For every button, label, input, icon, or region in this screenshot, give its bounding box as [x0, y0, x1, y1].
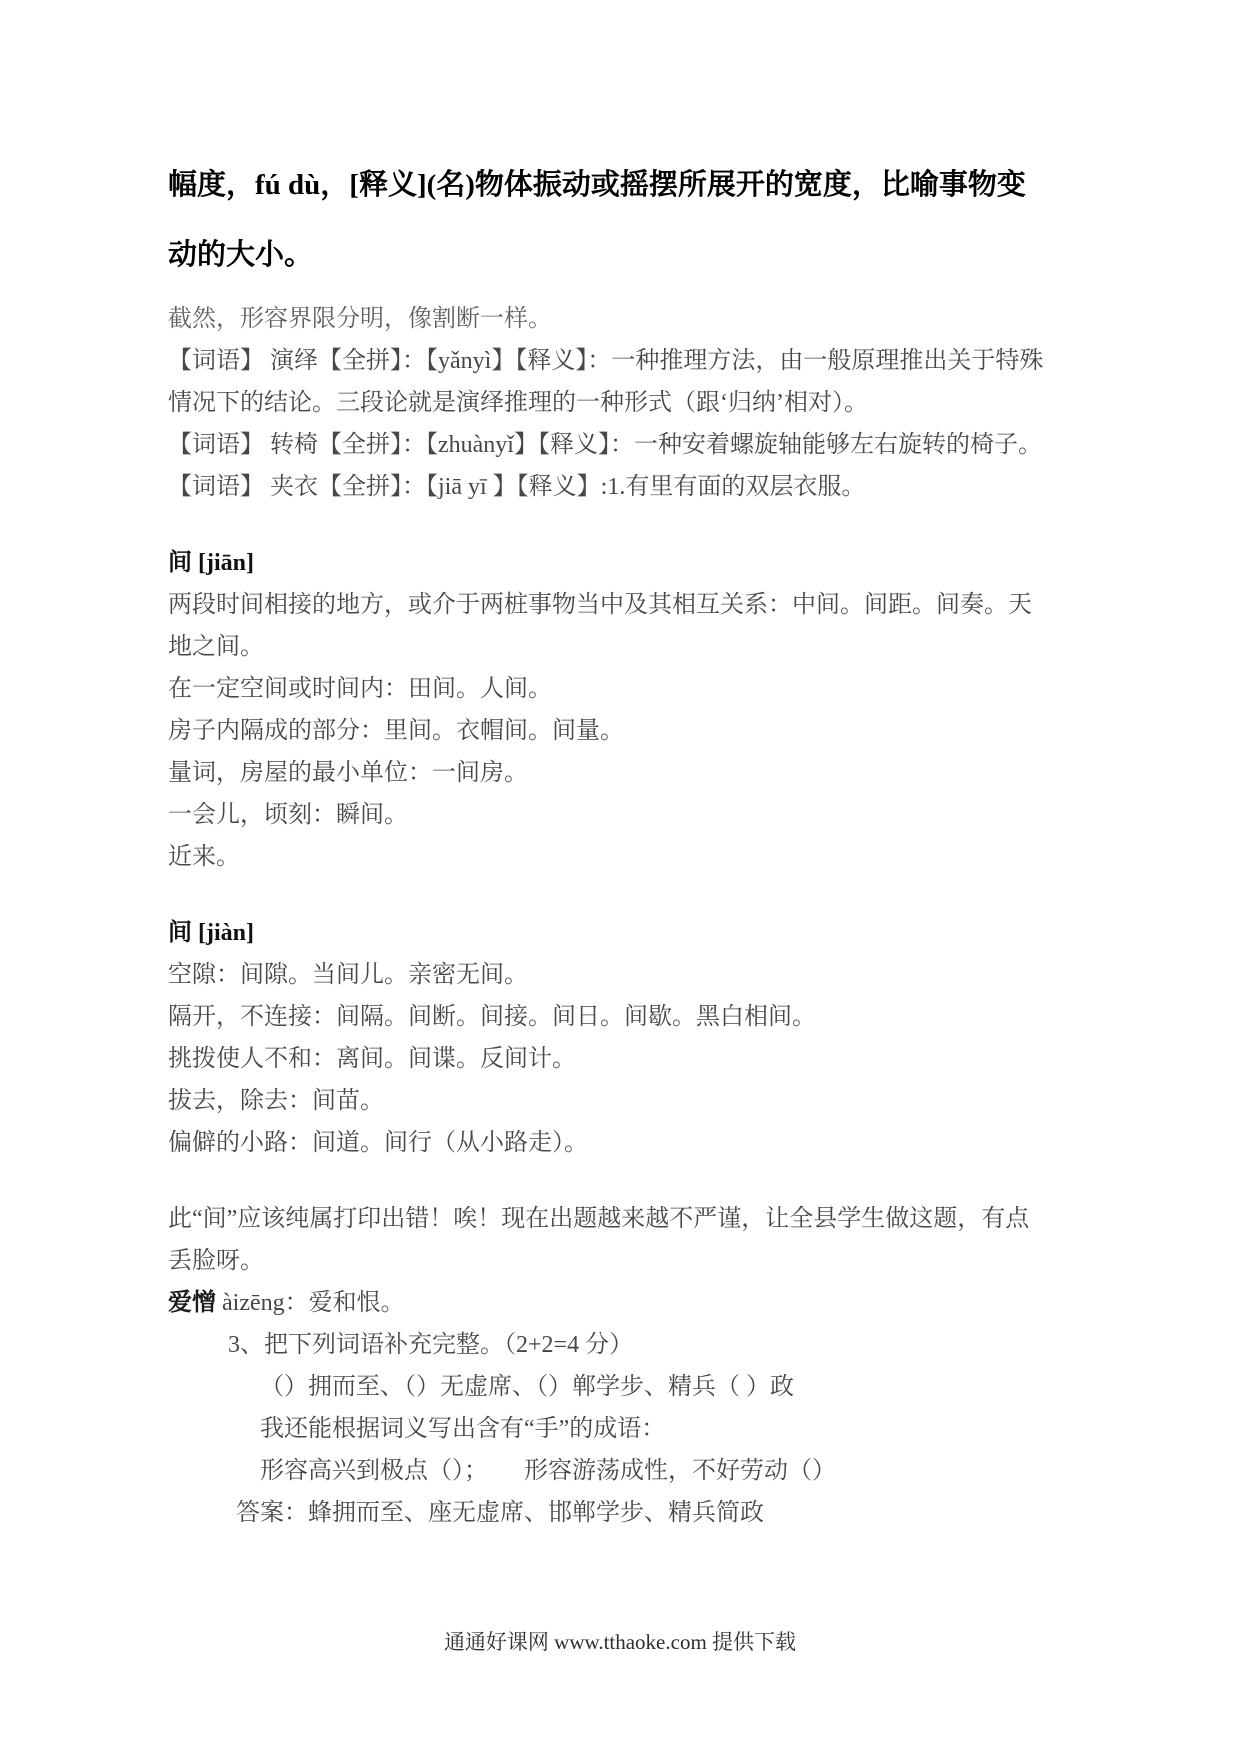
entry-yanyi: 【词语】 演绎【全拼】：【yǎnyì】【释义】：一种推理方法，由一般原理推出关于…	[168, 340, 1052, 424]
question-3-extra: 我还能根据词义写出含有“手”的成语：	[260, 1408, 1052, 1450]
jian4-sense-5: 偏僻的小路：间道。间行（从小路走）。	[168, 1122, 1052, 1164]
question-3: 3、把下列词语补充完整。（2+2=4 分）	[228, 1324, 1052, 1366]
jian4-sense-4: 拔去，除去：间苗。	[168, 1080, 1052, 1122]
jian4-sense-2: 隔开，不连接：间隔。间断。间接。间日。间歇。黑白相间。	[168, 996, 1052, 1038]
jian1-sense-3: 房子内隔成的部分：里间。衣帽间。间量。	[168, 710, 1052, 752]
entry-aizeng-lead: 爱憎	[168, 1290, 216, 1316]
jian1-sense-4: 量词，房屋的最小单位：一间房。	[168, 752, 1052, 794]
jian1-sense-2: 在一定空间或时间内：田间。人间。	[168, 668, 1052, 710]
entry-zhuanyi: 【词语】 转椅【全拼】：【zhuànyǐ】【释义】：一种安着螺旋轴能够左右旋转的…	[168, 424, 1052, 466]
jian1-sense-1: 两段时间相接的地方，或介于两桩事物当中及其相互关系：中间。间距。间奏。天地之间。	[168, 584, 1052, 668]
question-3-clues: 形容高兴到极点（）； 形容游荡成性，不好劳动（）	[260, 1450, 1052, 1492]
definition-jieran: 截然，形容界限分明，像割断一样。	[168, 298, 1052, 340]
subhead-jian-first-tone: 间 [jiān]	[168, 542, 1052, 584]
jian4-sense-1: 空隙：间隙。当间儿。亲密无间。	[168, 954, 1052, 996]
jian4-sense-3: 挑拨使人不和：离间。间谍。反间计。	[168, 1038, 1052, 1080]
document-content: 幅度，fú dù，[释义](名)物体振动或摇摆所展开的宽度，比喻事物变动的大小。…	[168, 150, 1052, 1534]
subhead-jian-fourth-tone: 间 [jiàn]	[168, 912, 1052, 954]
question-3-blanks: （）拥而至、（）无虚席、（）郸学步、精兵（ ）政	[260, 1366, 1052, 1408]
entry-aizeng: 爱憎 àizēng：爱和恨。	[168, 1282, 1052, 1324]
footer-watermark: 通通好课网 www.tthaoke.com 提供下载	[0, 1626, 1240, 1656]
document-page: 幅度，fú dù，[释义](名)物体振动或摇摆所展开的宽度，比喻事物变动的大小。…	[0, 0, 1240, 1754]
answer-line: 答案：蜂拥而至、座无虚席、邯郸学步、精兵简政	[236, 1492, 1052, 1534]
page-title: 幅度，fú dù，[释义](名)物体振动或摇摆所展开的宽度，比喻事物变动的大小。	[168, 150, 1052, 290]
entry-jiayi: 【词语】 夹衣【全拼】：【jiā yī 】【释义】:1.有里有面的双层衣服。	[168, 466, 1052, 508]
jian1-sense-5: 一会儿，顷刻：瞬间。	[168, 794, 1052, 836]
jian1-sense-6: 近来。	[168, 836, 1052, 878]
document-body: 截然，形容界限分明，像割断一样。【词语】 演绎【全拼】：【yǎnyì】【释义】：…	[168, 298, 1052, 1534]
comment-paragraph: 此“间”应该纯属打印出错！唉！现在出题越来越不严谨，让全县学生做这题，有点丢脸呀…	[168, 1198, 1052, 1282]
